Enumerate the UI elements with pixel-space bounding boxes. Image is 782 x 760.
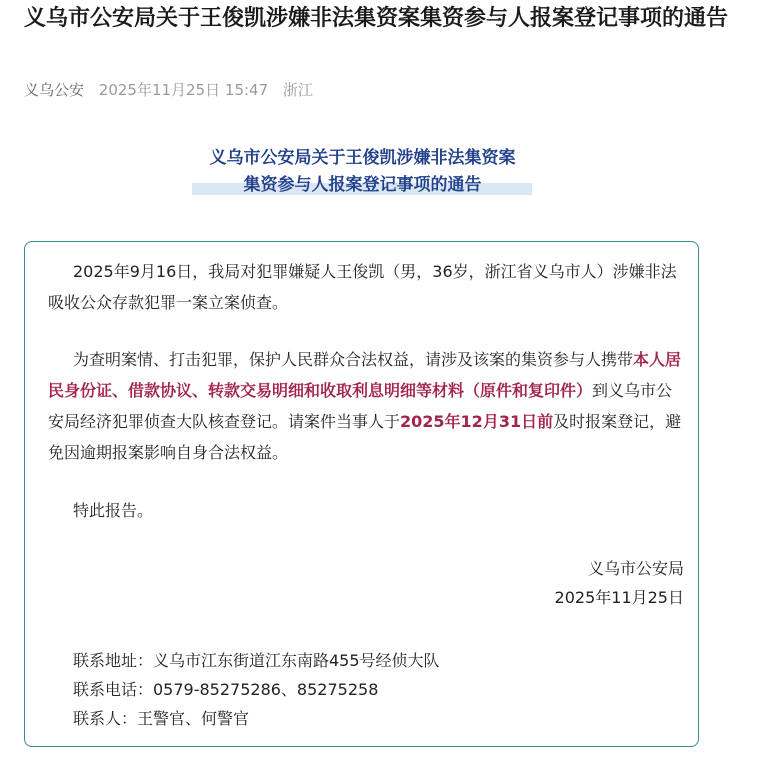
banner-title-line1: 义乌市公安局关于王俊凯涉嫌非法集资案 — [190, 147, 535, 169]
contact-info: 联系地址：义乌市江东街道江东南路455号经侦大队 联系电话：0579-85275… — [73, 646, 440, 733]
article-title: 义乌市公安局关于王俊凯涉嫌非法集资案集资参与人报案登记事项的通告 — [24, 4, 744, 34]
article-meta: 义乌公安 2025年11月25日 15:47 浙江 — [24, 80, 313, 100]
notice-banner: 义乌市公安局关于王俊凯涉嫌非法集资案 集资参与人报案登记事项的通告 — [190, 145, 550, 205]
notice-closing: 特此报告。 — [73, 495, 153, 526]
notice-paragraph-2: 为查明案情、打击犯罪，保护人民群众合法权益，请涉及该案的集资参与人携带本人居民身… — [48, 344, 688, 468]
contact-phone: 联系电话：0579-85275286、85275258 — [73, 675, 440, 704]
contact-persons: 联系人：王警官、何警官 — [73, 704, 440, 733]
paragraph-2-text-part1: 为查明案情、打击犯罪，保护人民群众合法权益，请涉及该案的集资参与人携带 — [73, 350, 633, 369]
contact-address: 联系地址：义乌市江东街道江东南路455号经侦大队 — [73, 646, 440, 675]
publish-location: 浙江 — [283, 81, 313, 99]
notice-card: 2025年9月16日，我局对犯罪嫌疑人王俊凯（男，36岁，浙江省义乌市人）涉嫌非… — [24, 241, 699, 747]
source-account-link[interactable]: 义乌公安 — [24, 81, 84, 99]
signature-issuer: 义乌市公安局 — [555, 554, 684, 583]
notice-signature: 义乌市公安局 2025年11月25日 — [555, 554, 684, 612]
paragraph-1-text: 2025年9月16日，我局对犯罪嫌疑人王俊凯（男，36岁，浙江省义乌市人）涉嫌非… — [48, 262, 677, 312]
deadline-emphasis: 2025年12月31日前 — [400, 412, 553, 431]
banner-title-line2: 集资参与人报案登记事项的通告 — [190, 174, 535, 196]
publish-datetime: 2025年11月25日 15:47 — [99, 81, 268, 99]
notice-paragraph-1: 2025年9月16日，我局对犯罪嫌疑人王俊凯（男，36岁，浙江省义乌市人）涉嫌非… — [48, 256, 688, 318]
signature-date: 2025年11月25日 — [555, 583, 684, 612]
